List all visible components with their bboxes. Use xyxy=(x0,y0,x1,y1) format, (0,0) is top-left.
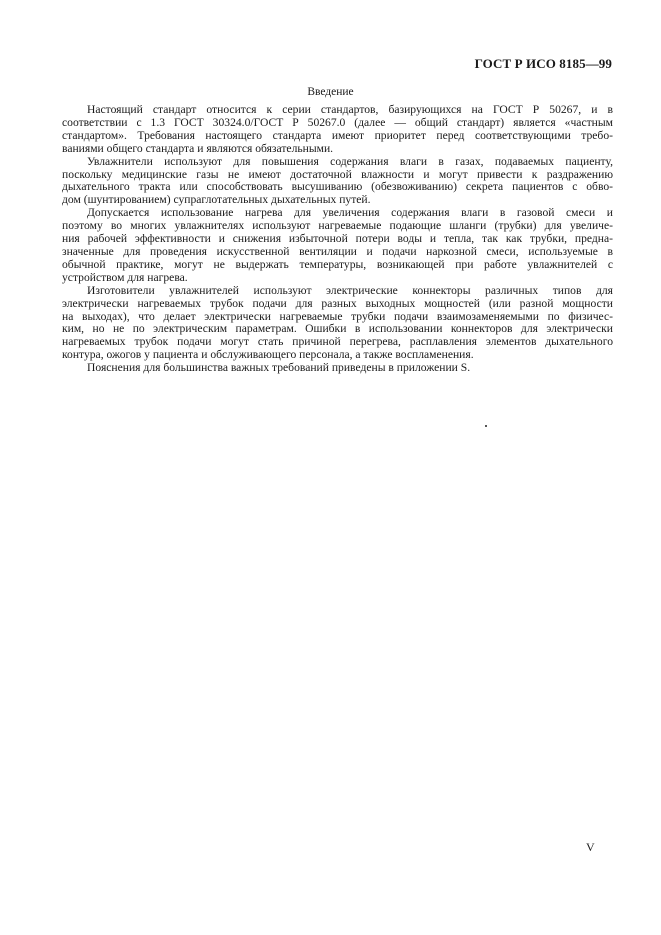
text-line: Пояснения для большинства важных требова… xyxy=(62,362,613,375)
page-number: V xyxy=(586,840,595,855)
document-code-header: ГОСТ Р ИСО 8185—99 xyxy=(475,56,612,72)
text-line: ваниями общего стандарта и являются обяз… xyxy=(62,143,613,156)
paragraph-3: Допускается использование нагрева для ув… xyxy=(62,207,613,284)
text-line: Изготовители увлажнителей используют эле… xyxy=(62,285,613,298)
text-line: Настоящий стандарт относится к серии ста… xyxy=(62,104,613,117)
text-line: соответствии с 1.3 ГОСТ 30324.0/ГОСТ Р 5… xyxy=(62,117,613,130)
text-line: электрически нагреваемых трубок подачи д… xyxy=(62,298,613,311)
text-line: значенные для проведения искусственной в… xyxy=(62,246,613,259)
text-line: устройством для нагрева. xyxy=(62,272,613,285)
paragraph-1: Настоящий стандарт относится к серии ста… xyxy=(62,104,613,156)
paragraph-4: Изготовители увлажнителей используют эле… xyxy=(62,285,613,362)
scan-artifact-dot xyxy=(485,425,487,427)
document-body: Настоящий стандарт относится к серии ста… xyxy=(62,104,613,375)
text-line: стандартом». Требования настоящего станд… xyxy=(62,130,613,143)
text-line: Увлажнители используют для повышения сод… xyxy=(62,156,613,169)
paragraph-5: Пояснения для большинства важных требова… xyxy=(62,362,613,375)
paragraph-2: Увлажнители используют для повышения сод… xyxy=(62,156,613,208)
section-title: Введение xyxy=(0,86,661,98)
text-line: обычной практике, могут не выдержать тем… xyxy=(62,259,613,272)
